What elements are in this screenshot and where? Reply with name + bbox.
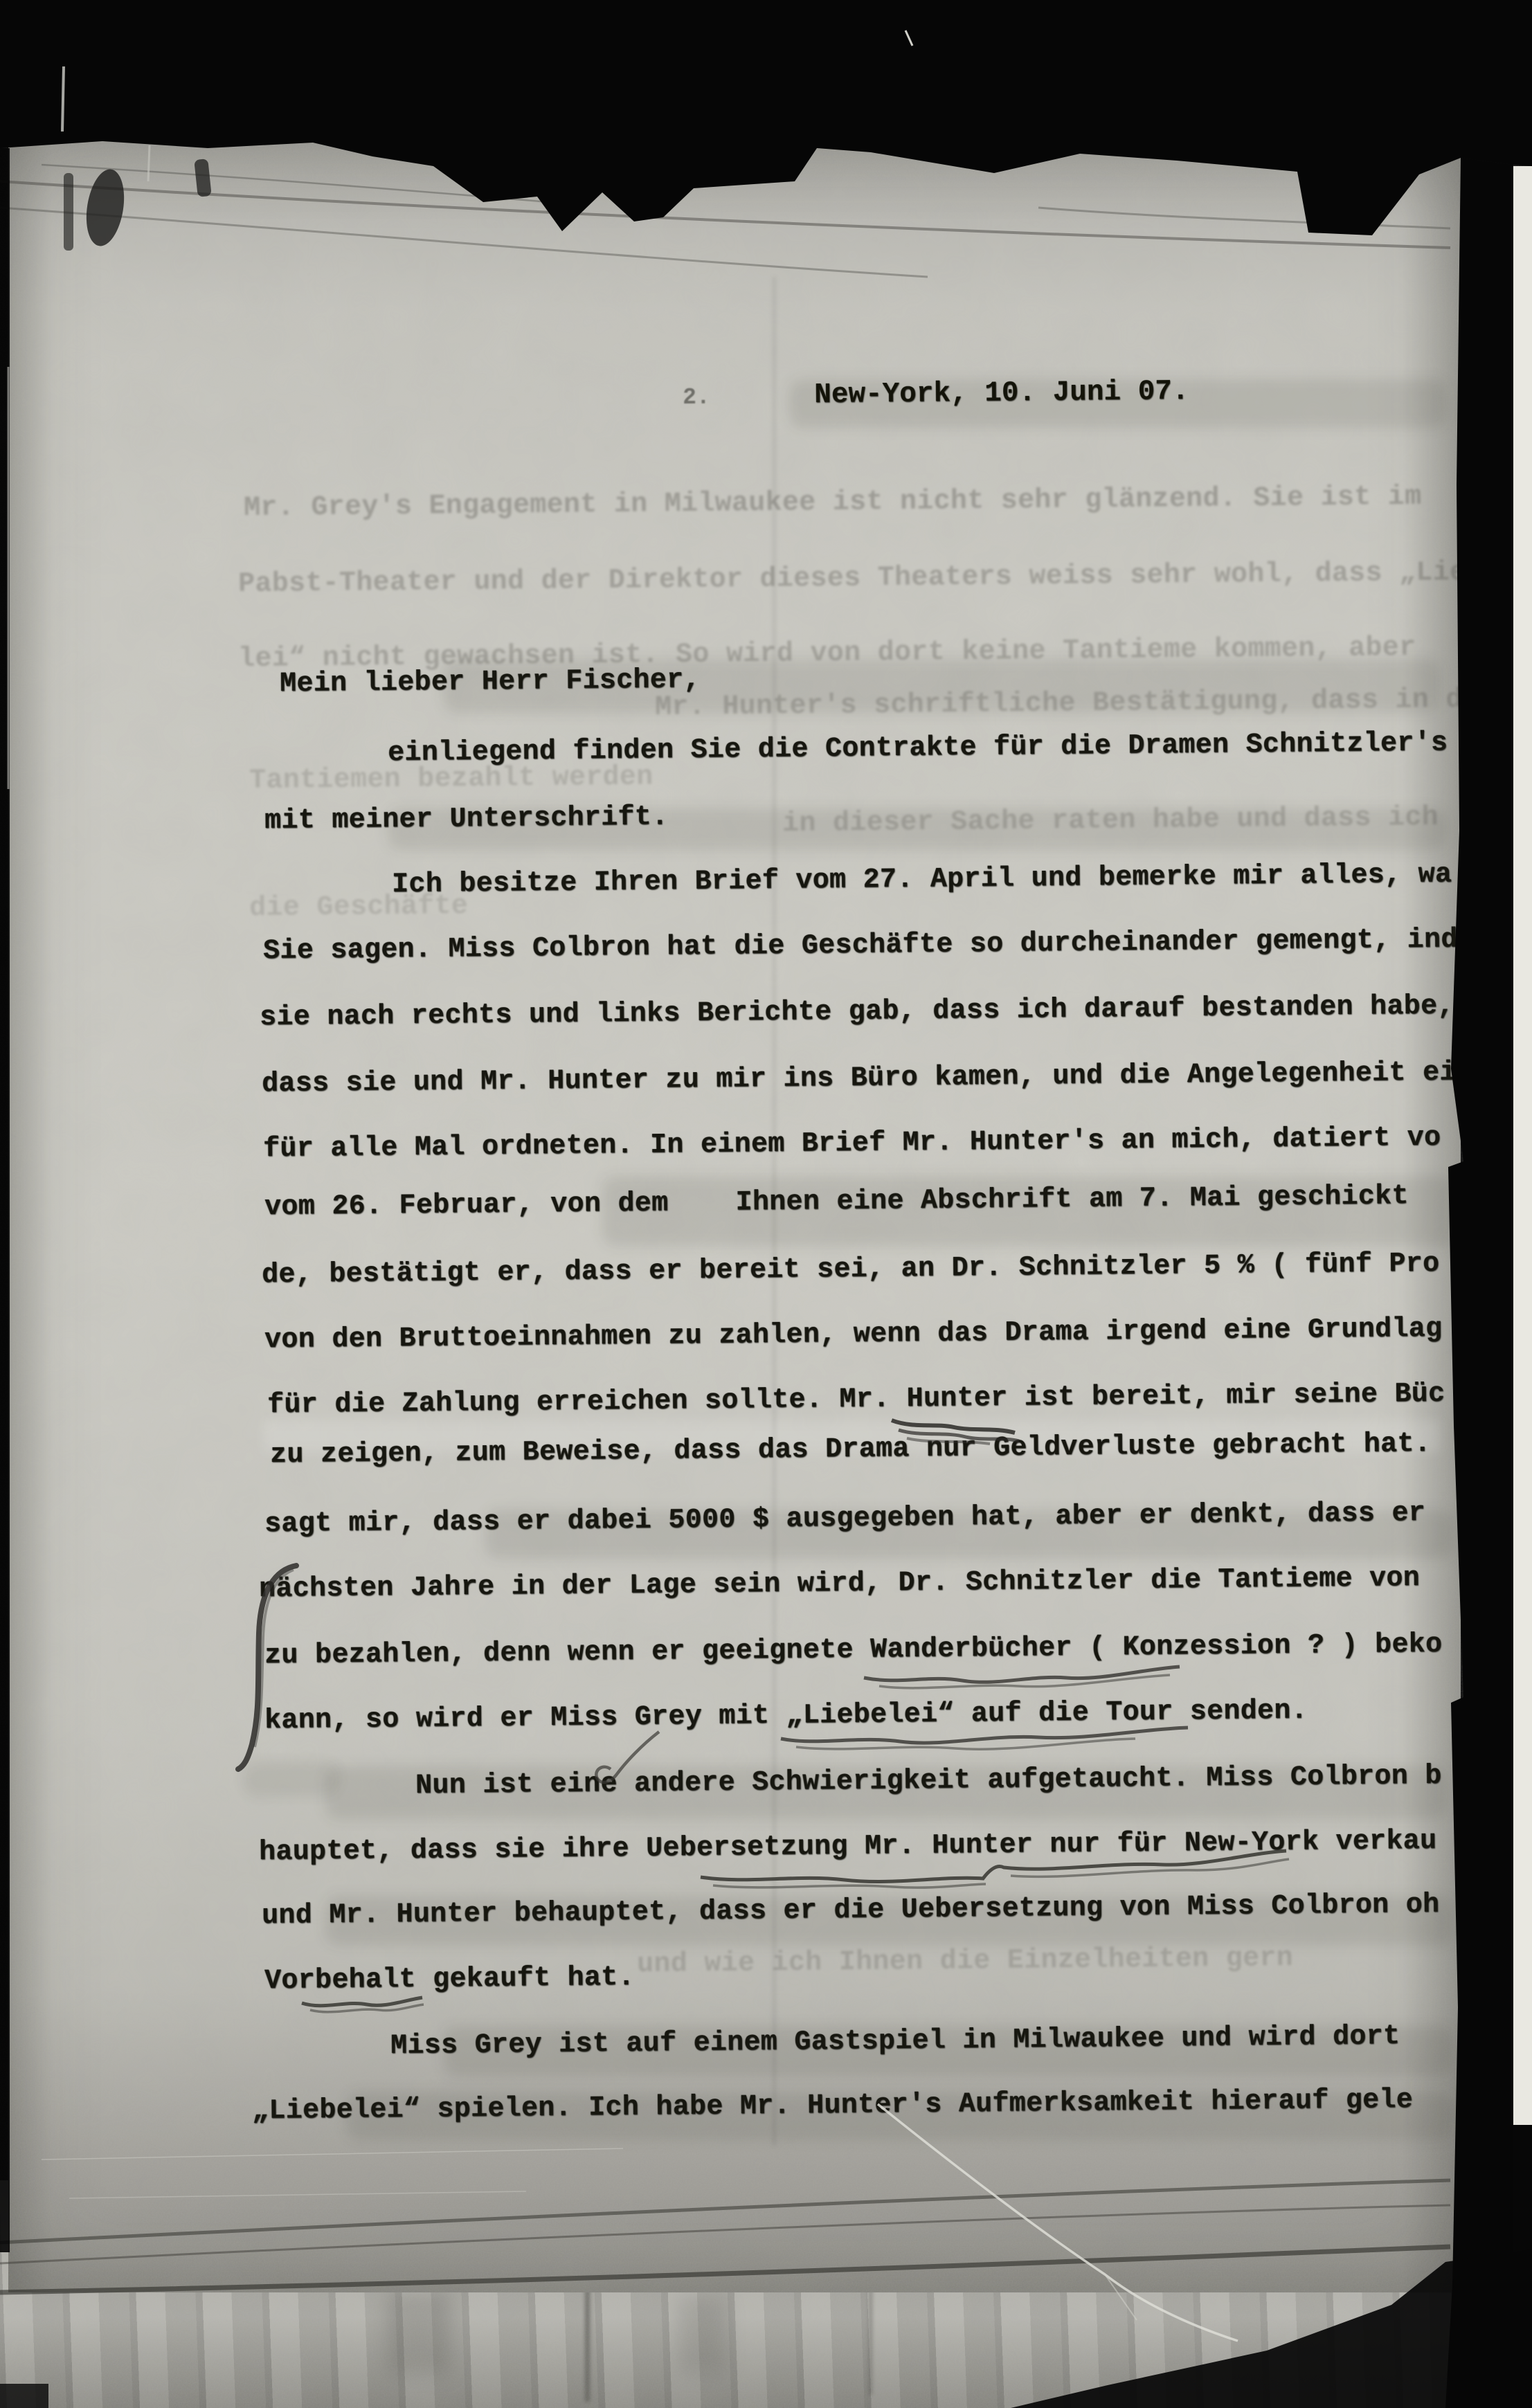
dateline: New-York, 10. Juni 07.	[814, 376, 1189, 411]
film-edge-bottom	[1513, 2125, 1532, 2408]
ghost-bleedthrough-line: und wie ich Ihnen die Einzelheiten gern	[637, 1943, 1293, 1980]
ghost-bleedthrough-line: in dieser Sache raten habe und dass ich	[782, 802, 1439, 840]
film-scratch	[905, 30, 912, 46]
page-number: 2.	[683, 385, 710, 410]
typed-line: Vorbehalt gekauft hat.	[264, 1962, 635, 1997]
film-scratch	[62, 66, 64, 132]
typed-line: mit meiner Unterschrift.	[264, 802, 669, 837]
pencil-smudge	[242, 1762, 339, 1796]
microfilm-frame: Mr. Grey's Engagement in Milwaukee ist n…	[0, 0, 1532, 2408]
film-edge-strip	[1513, 166, 1532, 2125]
typed-line: Mein lieber Herr Fischer,	[280, 664, 701, 700]
